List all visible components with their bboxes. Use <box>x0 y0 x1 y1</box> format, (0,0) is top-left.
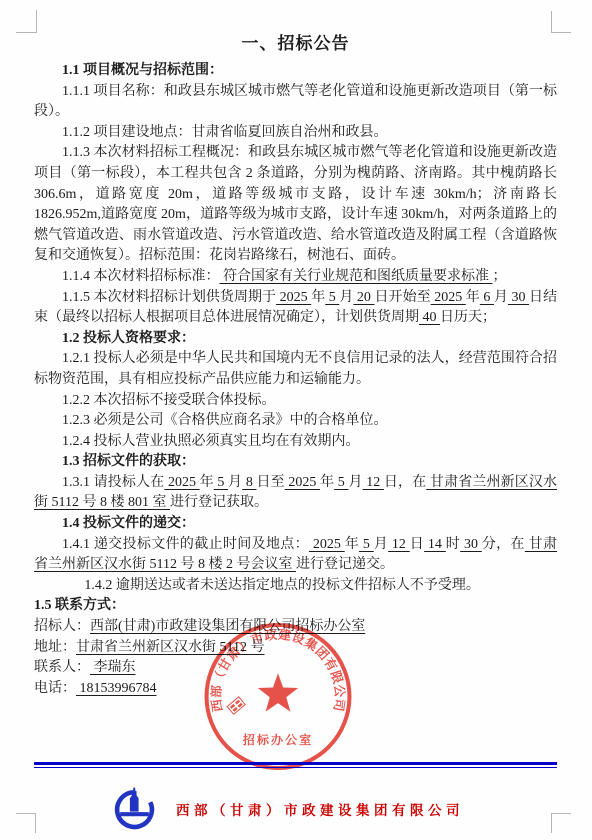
text-run: 进行登记递交。 <box>296 557 394 572</box>
fill-in-underlined-text: 30 <box>460 537 482 552</box>
fill-in-underlined-text: 20 <box>353 290 374 305</box>
margin-mark-bottom-left <box>16 813 36 833</box>
margin-mark-bottom-right <box>551 813 571 833</box>
text-run: 时 <box>446 537 460 552</box>
text-run: 1.3 招标文件的获取： <box>62 454 195 469</box>
fill-in-underlined-text: 甘肃省兰州新区汉水街 5112 号 <box>76 640 264 655</box>
text-run: 年 <box>345 537 359 552</box>
text-run: 1.5 联系方式： <box>34 598 125 613</box>
paragraph: 1.4 投标文件的递交： <box>34 514 557 535</box>
fill-in-underlined-text: 2025 <box>431 290 466 305</box>
fill-in-underlined-text: 李瑞东 <box>90 660 136 675</box>
text-run: 年 <box>311 290 325 305</box>
text-run: 招标人： <box>34 619 90 634</box>
text-run: 月 <box>374 537 388 552</box>
paragraph: 1.2 投标人资格要求： <box>34 329 557 350</box>
footer-company-name: 西部（甘肃）市政建设集团有限公司 <box>176 799 464 819</box>
paragraph: 1.1.2 项目建设地点：甘肃省临夏回族自治州和政县。 <box>34 123 557 144</box>
text-run: 地址： <box>34 640 76 655</box>
paragraph: 联系人： 李瑞东 <box>34 658 557 679</box>
fill-in-underlined-text: 符合国家有关行业规范和图纸质量要求标准 <box>220 269 493 284</box>
text-run: 年 <box>200 475 214 490</box>
text-run: 1.3.1 请投标人在 <box>62 475 164 490</box>
text-run: 日至 <box>256 475 284 490</box>
fill-in-underlined-text: 2025 <box>164 475 199 490</box>
text-run: 联系人： <box>34 660 90 675</box>
text-run: 1.2.3 必须是公司《合格供应商名录》中的合格单位。 <box>62 413 388 428</box>
fill-in-underlined-text: 2025 <box>309 537 345 552</box>
fill-in-underlined-text: 西部(甘肃)市政建设集团有限公司招标办公室 <box>90 619 365 634</box>
paragraph: 1.2.1 投标人必须是中华人民共和国境内无不良信用记录的法人，经营范围符合招标… <box>34 349 557 390</box>
seal-code-box <box>227 697 245 714</box>
paragraph: 1.5 联系方式： <box>34 596 557 617</box>
footer-rule-thick <box>34 762 557 765</box>
text-run: 日历天； <box>440 310 496 325</box>
seal-office-text: 招标办公室 <box>242 732 313 747</box>
page-title: 一、招标公告 <box>34 29 557 54</box>
paragraph: 电话： 18153996784 <box>34 679 557 700</box>
paragraph: 1.3 招标文件的获取： <box>34 452 557 473</box>
text-run: 月 <box>348 475 362 490</box>
text-run: 1.1.3 本次材料招标工程概况：和政县东城区城市燃气等老化管道和设施更新改造项… <box>34 145 557 263</box>
text-run: 1.1 项目概况与招标范围： <box>62 63 223 78</box>
text-run: ； <box>493 269 507 284</box>
text-run: 1.2.1 投标人必须是中华人民共和国境内无不良信用记录的法人，经营范围符合招标… <box>34 351 557 387</box>
paragraph: 1.2.2 本次招标不接受联合体投标。 <box>34 391 557 412</box>
fill-in-underlined-text: 2025 <box>285 475 320 490</box>
text-run: 1.4.2 逾期送达或者未送达指定地点的投标文件招标人不予受理。 <box>84 578 480 593</box>
fill-in-underlined-text: 5 <box>334 475 348 490</box>
company-logo-icon <box>112 785 157 830</box>
document-body: 1.1 项目概况与招标范围：1.1.1 项目名称：和政县东城区城市燃气等老化管道… <box>34 61 557 699</box>
text-run: 日开始至 <box>374 290 430 305</box>
text-run: 1.4.1 递交投标文件的截止时间及地点： <box>62 537 309 552</box>
text-run: 日，在 <box>384 475 426 490</box>
text-run: 月 <box>494 290 508 305</box>
fill-in-underlined-text: 5 <box>325 290 339 305</box>
fill-in-underlined-text: 40 <box>419 310 440 325</box>
paragraph: 1.4.2 逾期送达或者未送达指定地点的投标文件招标人不予受理。 <box>34 576 557 597</box>
text-run: 月 <box>339 290 353 305</box>
text-run: 1.1.1 项目名称：和政县东城区城市燃气等老化管道和设施更新改造项目（第一标段… <box>34 84 557 120</box>
paragraph: 1.1.3 本次材料招标工程概况：和政县东城区城市燃气等老化管道和设施更新改造项… <box>34 143 557 267</box>
text-run: 月 <box>228 475 242 490</box>
paragraph: 1.4.1 递交投标文件的截止时间及地点： 2025 年 5 月 12 日 14… <box>34 535 557 576</box>
fill-in-underlined-text: 12 <box>388 537 410 552</box>
document-content: 一、招标公告 1.1 项目概况与招标范围：1.1.1 项目名称：和政县东城区城市… <box>34 29 557 699</box>
fill-in-underlined-text: 5 <box>214 475 228 490</box>
fill-in-underlined-text: 8 <box>242 475 256 490</box>
fill-in-underlined-text: 14 <box>424 537 446 552</box>
paragraph: 1.1.5 本次材料招标计划供货周期于 2025 年 5 月 20 日开始至 2… <box>34 288 557 329</box>
paragraph: 地址：甘肃省兰州新区汉水街 5112 号 <box>34 638 557 659</box>
text-run: 日 <box>410 537 424 552</box>
text-run: 分，在 <box>482 537 525 552</box>
text-run: 1.1.4 本次材料招标标准： <box>62 269 220 284</box>
paragraph: 1.1.4 本次材料招标标准： 符合国家有关行业规范和图纸质量要求标准 ； <box>34 267 557 288</box>
paragraph: 1.2.3 必须是公司《合格供应商名录》中的合格单位。 <box>34 411 557 432</box>
fill-in-underlined-text: 30 <box>508 290 529 305</box>
paragraph: 招标人：西部(甘肃)市政建设集团有限公司招标办公室 <box>34 617 557 638</box>
text-run: 1.2.4 投标人营业执照必须真实且均在有效期内。 <box>62 434 360 449</box>
text-run: 年 <box>466 290 480 305</box>
text-run: 1.1.5 本次材料招标计划供货周期于 <box>62 290 276 305</box>
text-run: 1.1.2 项目建设地点：甘肃省临夏回族自治州和政县。 <box>62 125 388 140</box>
fill-in-underlined-text: 6 <box>480 290 494 305</box>
text-run: 1.4 投标文件的递交： <box>62 516 195 531</box>
paragraph: 1.1 项目概况与招标范围： <box>34 61 557 82</box>
paragraph: 1.2.4 投标人营业执照必须真实且均在有效期内。 <box>34 432 557 453</box>
text-run: 电话： <box>34 681 76 696</box>
text-run: 1.2 投标人资格要求： <box>62 331 195 346</box>
text-run: 年 <box>320 475 334 490</box>
fill-in-underlined-text: 12 <box>363 475 384 490</box>
fill-in-underlined-text: 5 <box>359 537 374 552</box>
text-run: 进行登记获取。 <box>170 495 268 510</box>
paragraph: 1.3.1 请投标人在 2025 年 5 月 8 日至 2025 年 5 月 1… <box>34 473 557 514</box>
fill-in-underlined-text: 2025 <box>276 290 311 305</box>
fill-in-underlined-text: 18153996784 <box>76 681 157 696</box>
paragraph: 1.1.1 项目名称：和政县东城区城市燃气等老化管道和设施更新改造项目（第一标段… <box>34 82 557 123</box>
text-run: 1.2.2 本次招标不接受联合体投标。 <box>62 393 276 408</box>
footer-rule-thin <box>34 767 557 768</box>
document-page: 一、招标公告 1.1 项目概况与招标范围：1.1.1 项目名称：和政县东城区城市… <box>0 0 592 840</box>
